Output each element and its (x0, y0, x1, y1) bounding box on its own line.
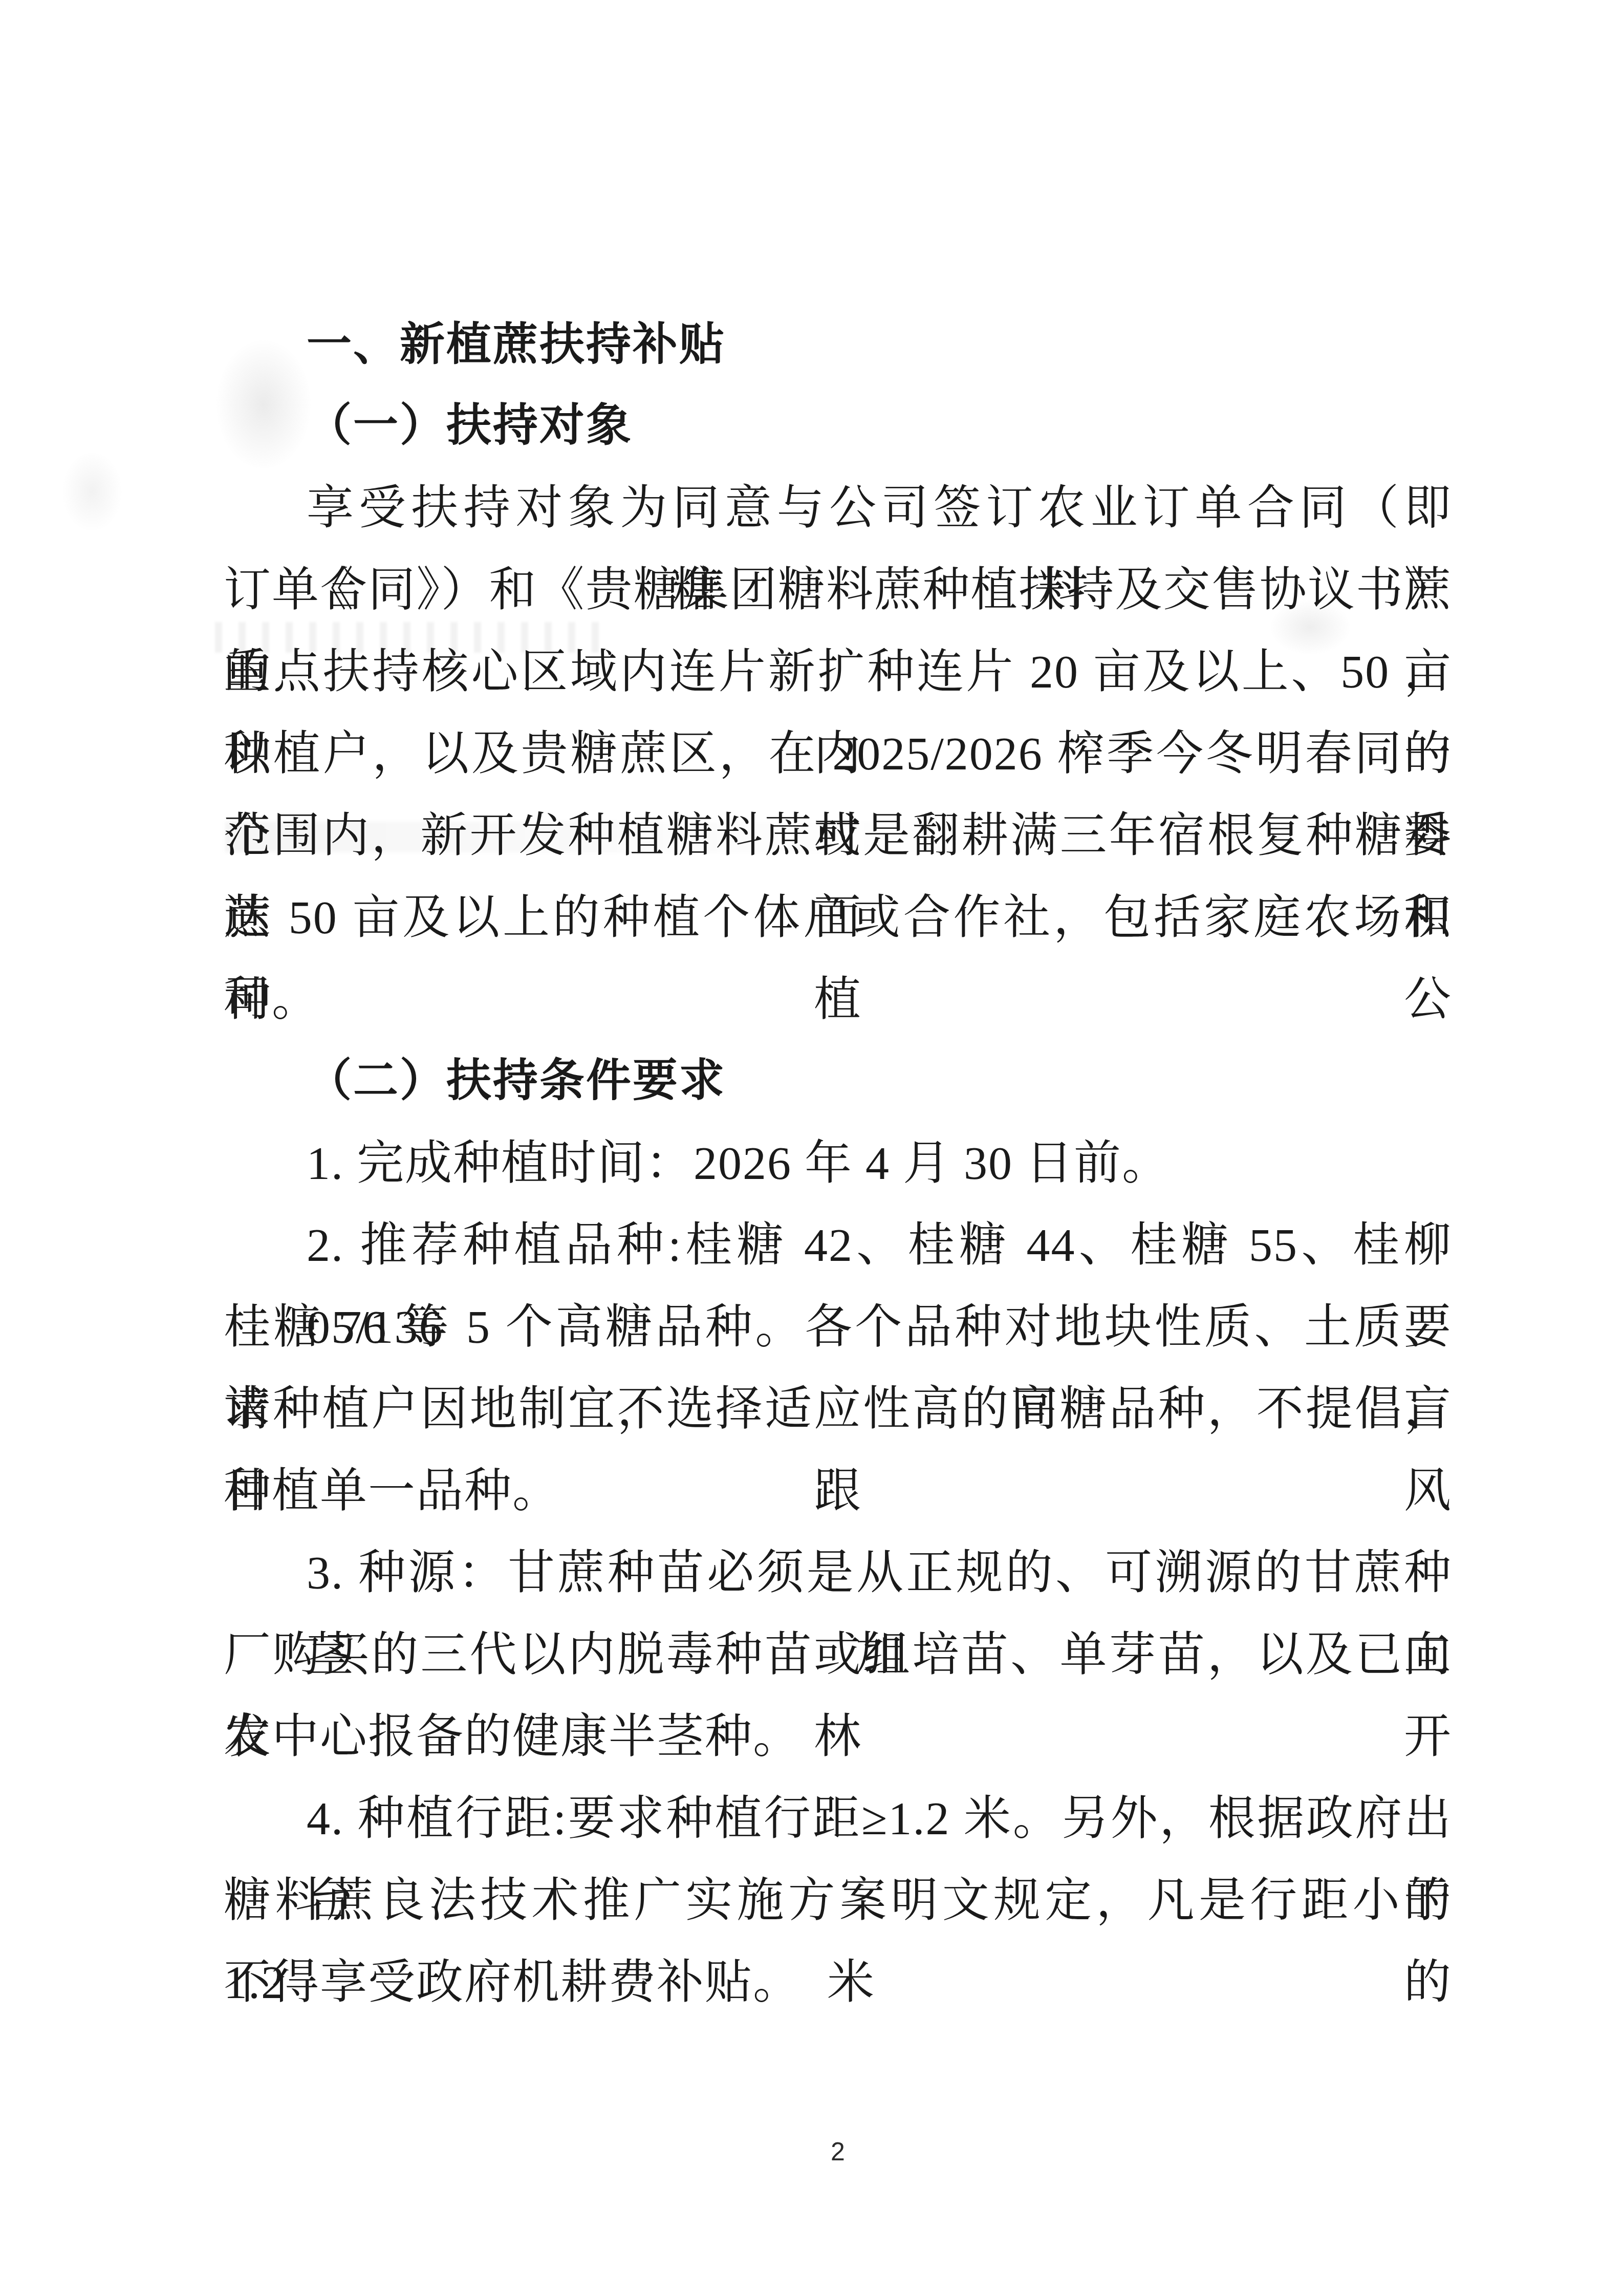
condition-item-2-line: 请种植户因地制宜，选择适应性高的高糖品种，不提倡盲目跟风 (224, 1368, 1452, 1450)
page-title: 一、新植蔗扶持补贴 (224, 303, 1452, 385)
paragraph-line: 享受扶持对象为同意与公司签订农业订单合同（即《糖料蔗 (224, 467, 1452, 549)
scan-smudge (61, 450, 123, 532)
paragraph-line: 种植户，以及贵糖蔗区，在 2025/2026 榨季今冬明春同一个村委 (224, 713, 1452, 795)
condition-item-4-line: 糖料蔗良法技术推广实施方案明文规定，凡是行距小于 1.2 米的 (224, 1859, 1452, 1941)
paragraph-line: 范围内，新开发种植糖料蔗或是翻耕满三年宿根复种糖料蔗面积 (224, 795, 1452, 876)
paragraph-line: 订单合同》）和《贵糖集团糖料蔗种植扶持及交售协议书》的， (224, 549, 1452, 631)
condition-item-2-line: 2. 推荐种植品种:桂糖 42、桂糖 44、桂糖 55、桂柳 05/136、 (224, 1204, 1452, 1286)
condition-item-1-line: 1. 完成种植时间：2026 年 4 月 30 日前。 (224, 1122, 1452, 1204)
document-body: 一、新植蔗扶持补贴 （一）扶持对象 享受扶持对象为同意与公司签订农业订单合同（即… (224, 303, 1452, 2023)
condition-item-2-line: 桂糖 76 等 5 个高糖品种。各个品种对地块性质、土质要求不同， (224, 1286, 1452, 1368)
page-number: 2 (224, 2134, 1452, 2170)
scanned-document-page: 一、新植蔗扶持补贴 （一）扶持对象 享受扶持对象为同意与公司签订农业订单合同（即… (0, 0, 1624, 2296)
condition-item-4-line: 4. 种植行距:要求种植行距≥1.2 米。另外，根据政府出台的 (224, 1777, 1452, 1859)
section-2-heading: （二）扶持条件要求 (224, 1040, 1452, 1122)
condition-item-3-line: 3. 种源：甘蔗种苗必须是从正规的、可溯源的甘蔗种茎加工 (224, 1532, 1452, 1614)
section-1-heading: （一）扶持对象 (224, 385, 1452, 467)
paragraph-line: 重点扶持核心区域内连片新扩种连片 20 亩及以上、50 亩以内的 (224, 631, 1452, 713)
condition-item-3-line: 厂购买的三代以内脱毒种苗或组培苗、单芽苗，以及已向农林开 (224, 1614, 1452, 1696)
paragraph-line: 达 50 亩及以上的种植个体户或合作社，包括家庭农场和种植公 (224, 876, 1452, 958)
